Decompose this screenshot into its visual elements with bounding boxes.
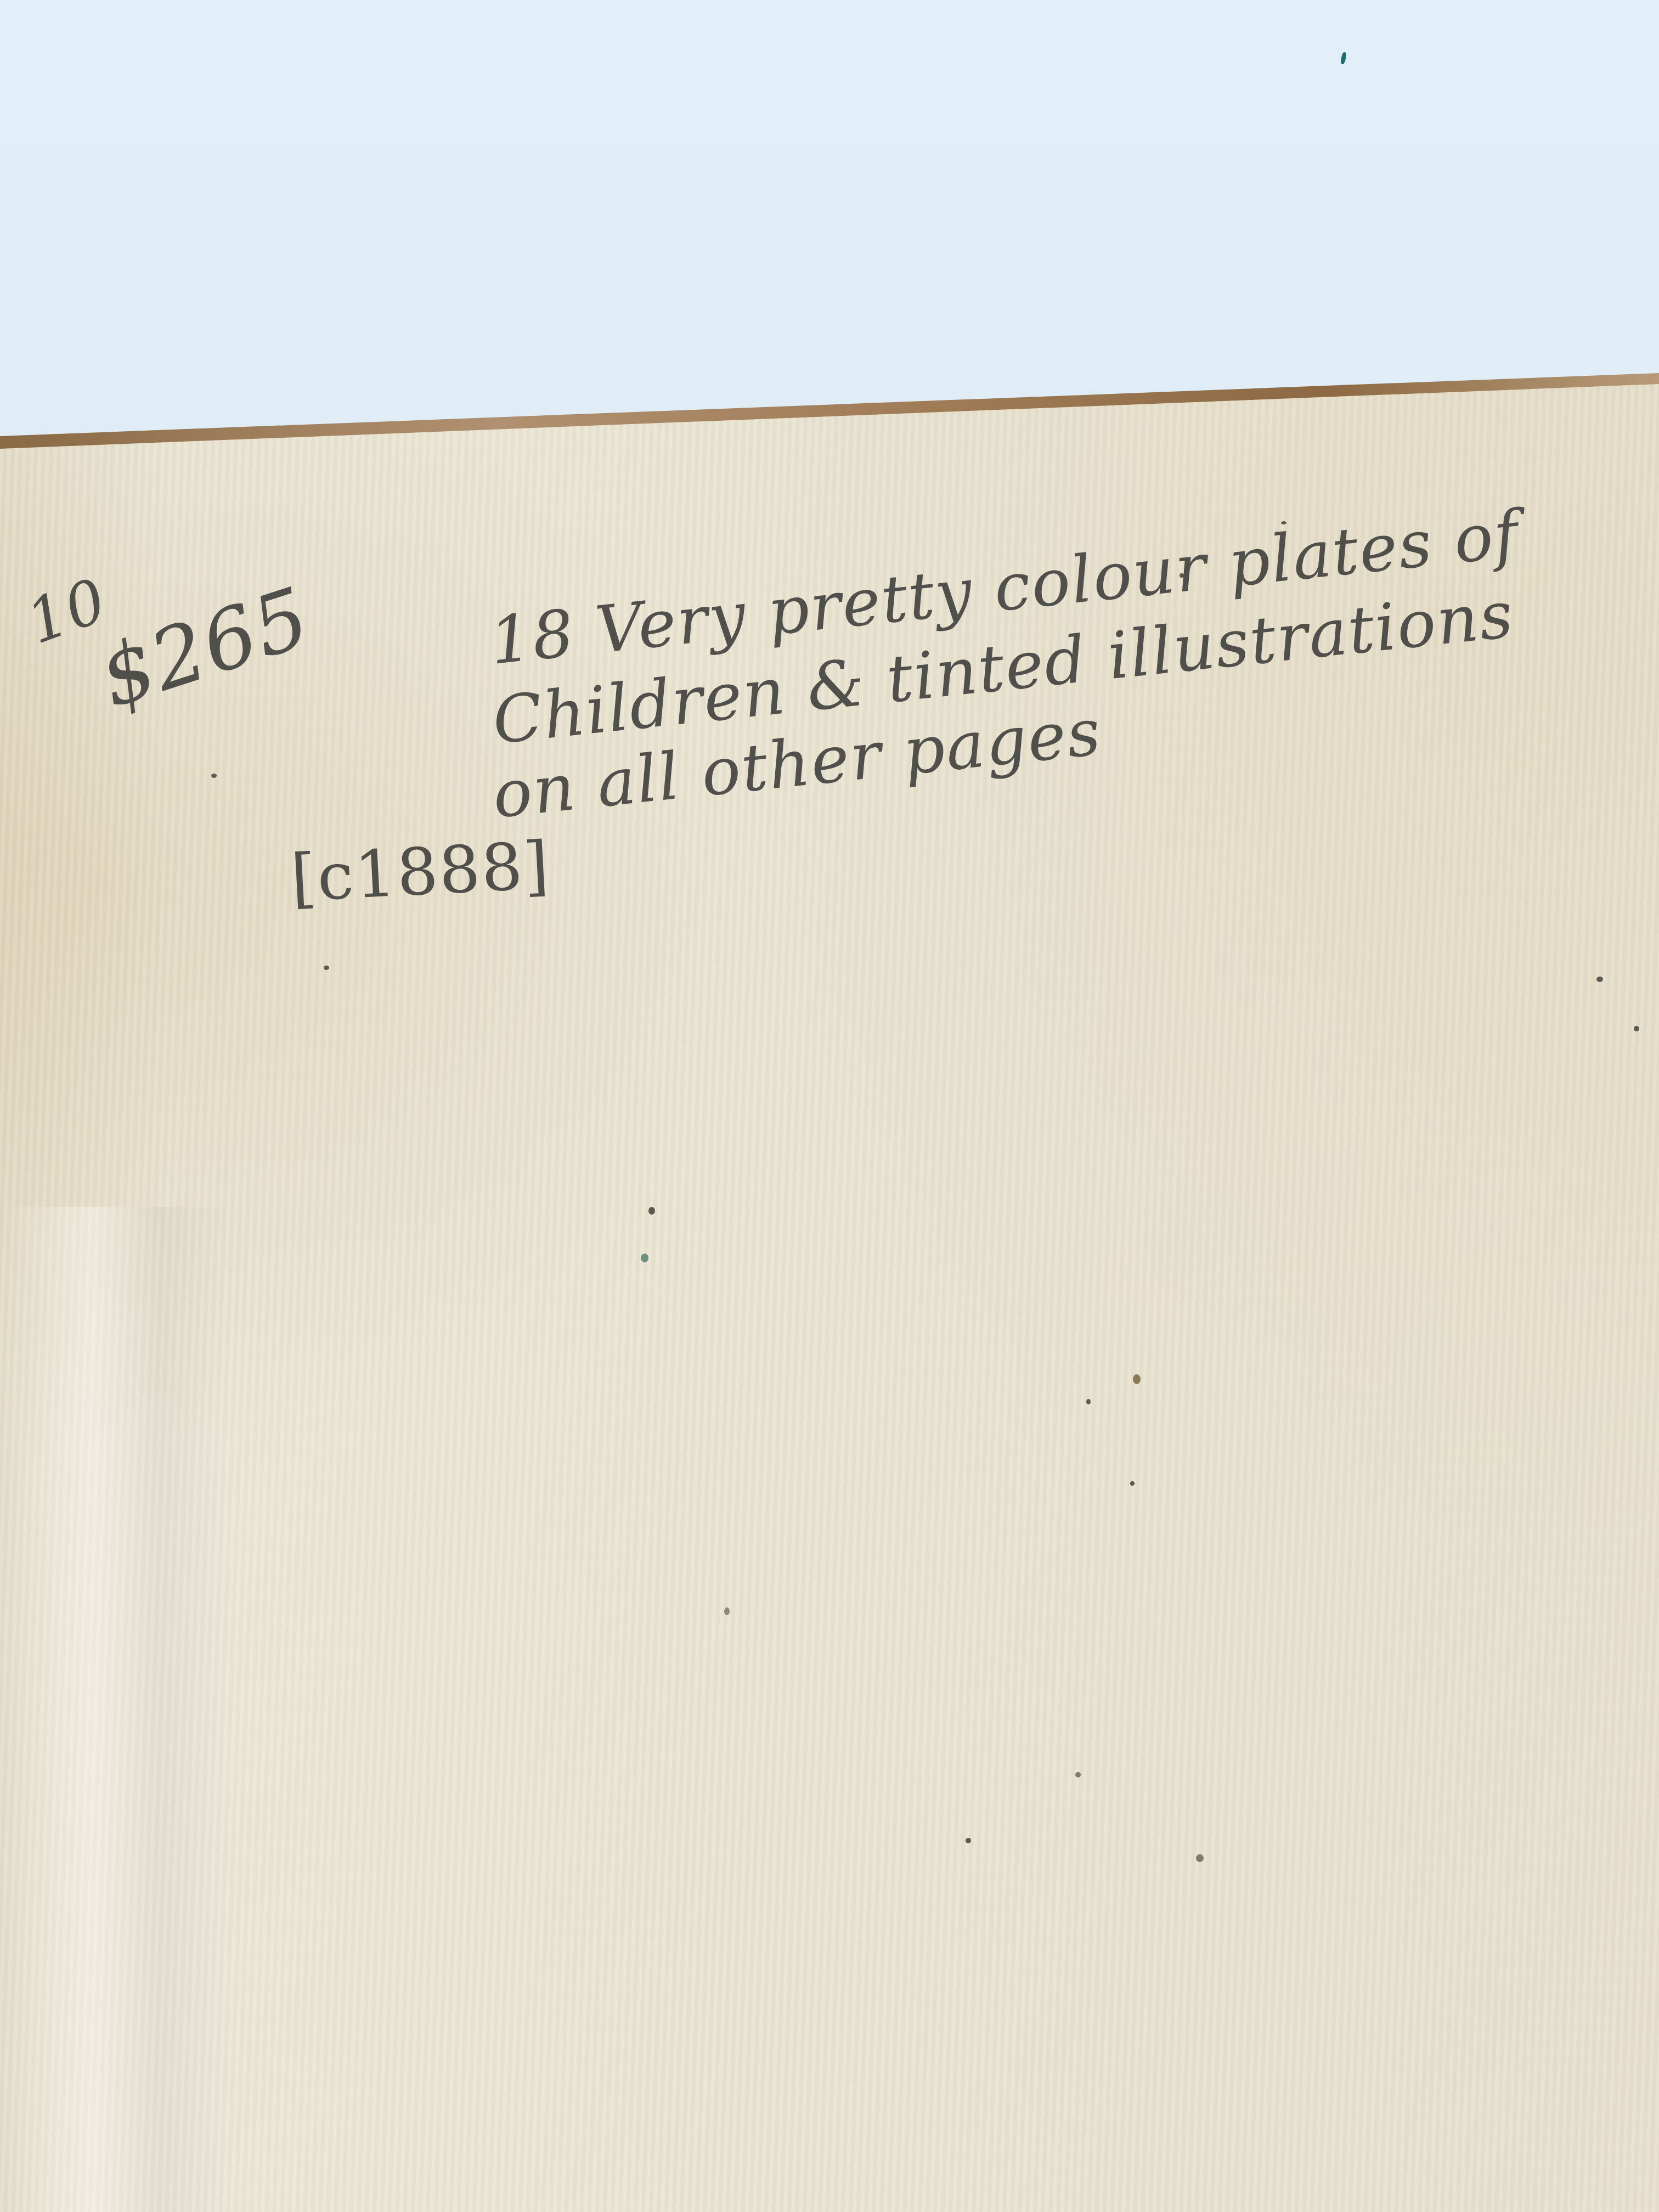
paper-crease	[0, 1207, 230, 2212]
book-endpaper: 10 $265 18 Very pretty colour plates of …	[0, 0, 1659, 2212]
foxing-spot	[1196, 1854, 1204, 1862]
foxing-spot	[211, 774, 217, 778]
date-note: [c1888]	[289, 827, 552, 917]
foxing-spot	[1133, 1374, 1141, 1384]
foxing-spot	[641, 1254, 648, 1262]
foxing-spot	[648, 1207, 655, 1215]
foxing-spot	[966, 1838, 971, 1843]
foxing-spot	[1596, 977, 1603, 982]
foxing-spot	[1634, 1026, 1639, 1031]
paper-texture	[0, 0, 1659, 2212]
foxing-spot	[1086, 1399, 1091, 1404]
foxing-spot	[324, 966, 329, 970]
foxing-spot	[1130, 1481, 1135, 1486]
foxing-spot	[1075, 1772, 1081, 1778]
foxing-spot	[724, 1607, 730, 1615]
